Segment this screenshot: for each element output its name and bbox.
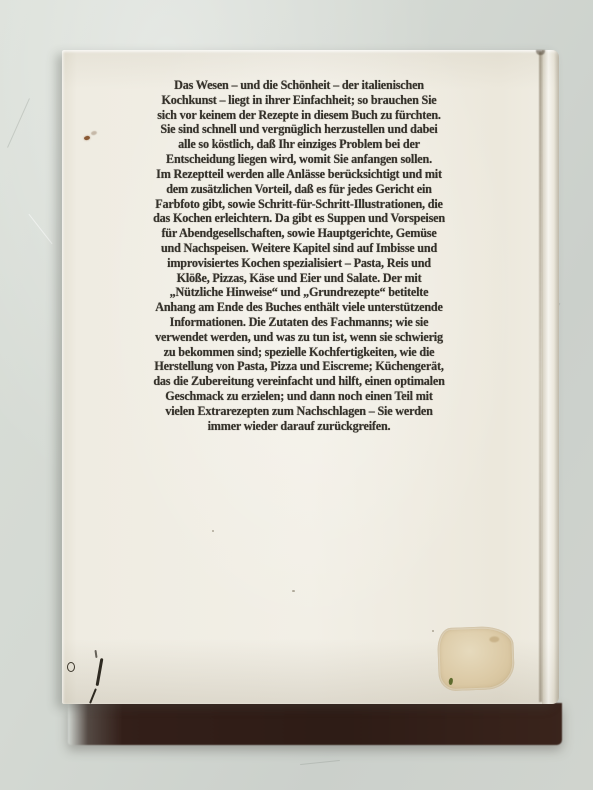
cover-text-line: Kochkunst – liegt in ihrer Einfachheit; … (119, 93, 479, 108)
scratch-mark (94, 650, 97, 658)
cover-text-line: Im Rezeptteil werden alle Anlässe berück… (119, 167, 479, 182)
scratch-mark (96, 658, 103, 686)
cover-text-line: vielen Extrarezepten zum Nachschlagen – … (119, 404, 479, 419)
cover-text-line: und Nachspeisen. Weitere Kapitel sind au… (119, 241, 479, 256)
cover-text-line: alle so köstlich, daß Ihr einziges Probl… (119, 137, 479, 152)
book-back-cover: Das Wesen – und die Schönheit – der ital… (62, 50, 559, 704)
sticker-residue (437, 626, 515, 692)
cover-text-line: Sie sind schnell und vergnüglich herzust… (119, 122, 479, 137)
surface-scratch (300, 760, 340, 765)
cover-text-line: Entscheidung liegen wird, womit Sie anfa… (119, 152, 479, 167)
cover-text-line: Farbfoto gibt, sowie Schritt-für-Schritt… (119, 197, 479, 212)
stain-dot (84, 135, 91, 140)
cover-speck (212, 530, 214, 532)
cover-text-line: „Nützliche Hinweise“ und „Grundrezepte“ … (119, 285, 479, 300)
scratch-mark (89, 688, 97, 704)
cover-text-line: Anhang am Ende des Buches enthält viele … (119, 300, 479, 315)
cover-text-line: Geschmack zu erzielen; und dann noch ein… (119, 389, 479, 404)
back-cover-text: Das Wesen – und die Schönheit – der ital… (119, 78, 479, 434)
cover-text-line: zu bekommen sind; spezielle Kochfertigke… (119, 345, 479, 360)
cover-text-line: Das Wesen – und die Schönheit – der ital… (119, 78, 479, 93)
photo-backdrop: Das Wesen – und die Schönheit – der ital… (0, 0, 593, 790)
cover-text-line: sich vor keinem der Rezepte in diesem Bu… (119, 108, 479, 123)
cover-text-line: für Abendgesellschaften, sowie Hauptgeri… (119, 226, 479, 241)
cover-text-line: das die Zubereitung vereinfacht und hilf… (119, 374, 479, 389)
cover-text-line: dem zusätzlichen Vorteil, daß es für jed… (119, 182, 479, 197)
cover-text-line: Informationen. Die Zutaten des Fachmanns… (119, 315, 479, 330)
cover-text-line: Klöße, Pizzas, Käse und Eier und Salate.… (119, 271, 479, 286)
spine-groove (539, 52, 542, 702)
cover-text-line: immer wieder darauf zurückgreifen. (119, 419, 479, 434)
cover-text-line: improvisiertes Kochen spezialisiert – Pa… (119, 256, 479, 271)
cover-speck (292, 590, 295, 592)
ring-mark (67, 662, 75, 672)
page-edge-shadow (68, 703, 562, 745)
cover-speck (432, 630, 434, 632)
cover-text-line: Herstellung von Pasta, Pizza und Eiscrem… (119, 359, 479, 374)
surface-scratch (28, 214, 52, 245)
sticker-speck (448, 678, 453, 686)
surface-scratch (7, 98, 30, 148)
cover-text-line: das Kochen erleichtern. Da gibt es Suppe… (119, 211, 479, 226)
cover-text-line: verwendet werden, und was zu tun ist, we… (119, 330, 479, 345)
sticker-fleck (489, 636, 499, 642)
book-spine-edge (542, 50, 559, 704)
